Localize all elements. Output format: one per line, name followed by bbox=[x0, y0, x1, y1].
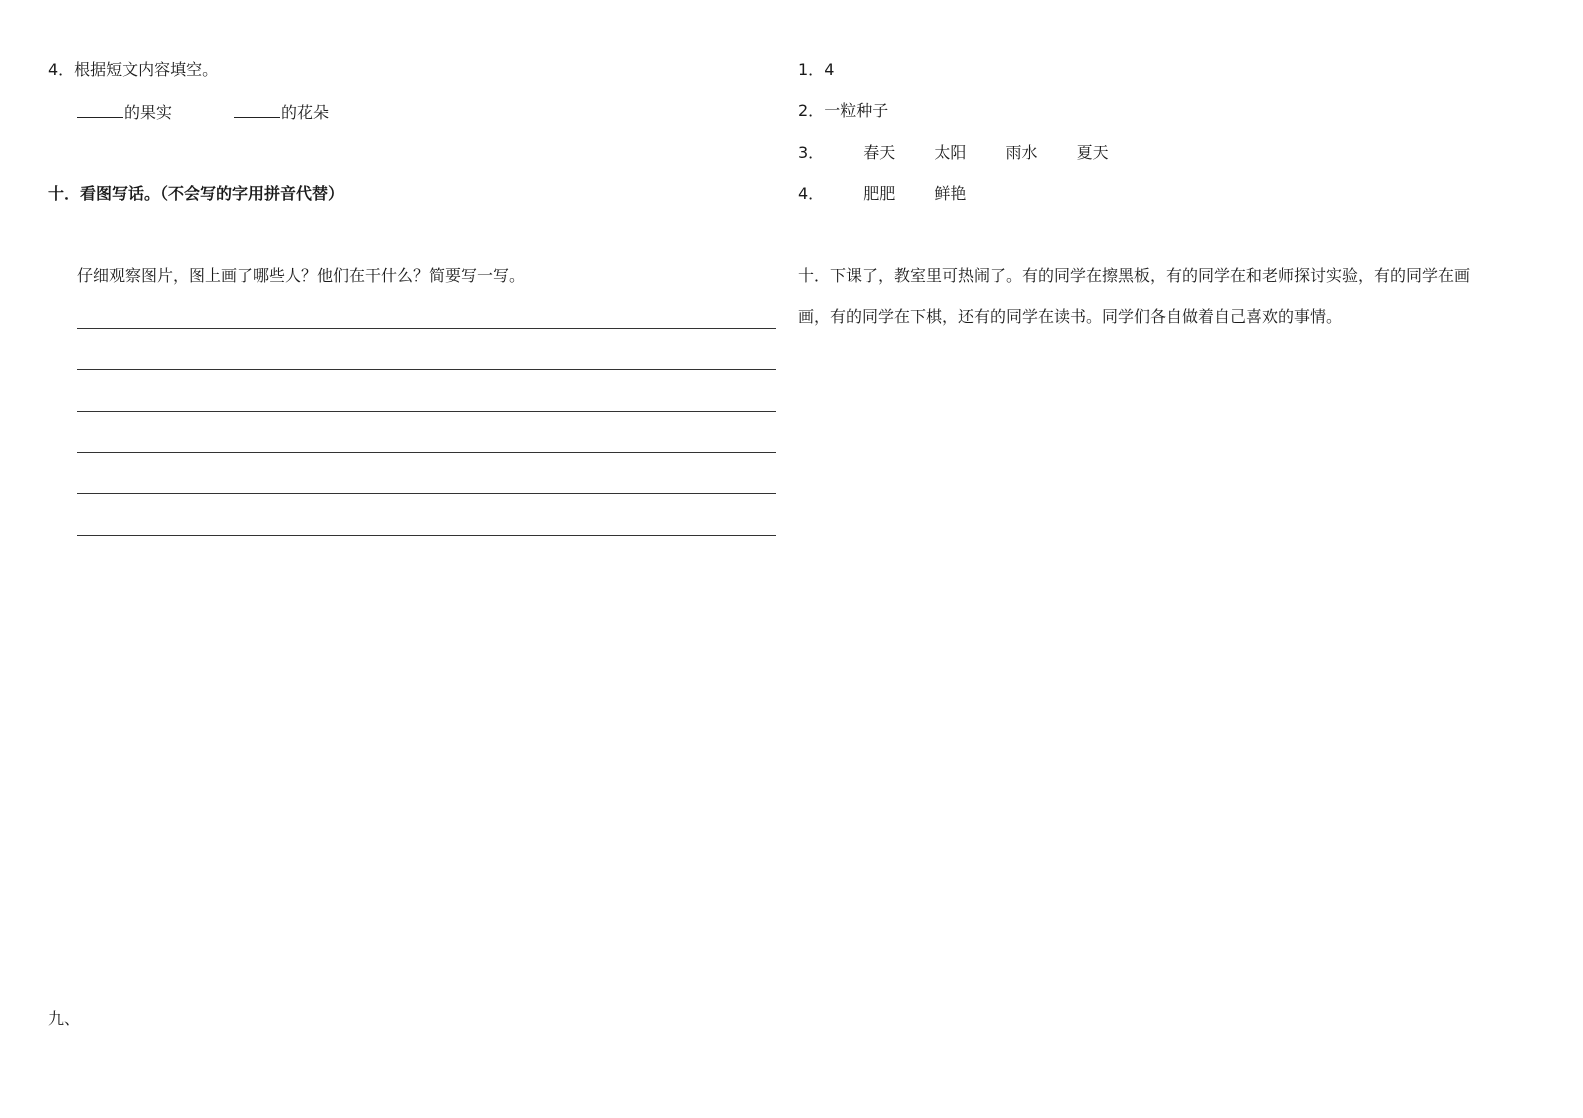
answer-2: 2．一粒种子 bbox=[798, 101, 888, 121]
section-10-prompt: 仔细观察图片，图上画了哪些人？他们在干什么？简要写一写。 bbox=[77, 266, 525, 286]
answer-1: 1．4 bbox=[798, 60, 834, 80]
answer-word: 太阳 bbox=[934, 143, 966, 163]
writing-line[interactable] bbox=[77, 535, 776, 536]
fill-blank-2: 的花朵 bbox=[234, 101, 329, 123]
section-9-label: 九、 bbox=[48, 1009, 80, 1029]
writing-line[interactable] bbox=[77, 493, 776, 494]
answer-3: 3． 春天 太阳 雨水 夏天 bbox=[798, 143, 1143, 163]
section-10-answer-line-1: 十．下课了，教室里可热闹了。有的同学在擦黑板，有的同学在和老师探讨实验，有的同学… bbox=[798, 266, 1470, 286]
answer-number: 4． bbox=[798, 184, 824, 203]
fill-blank-1: 的果实 bbox=[77, 101, 172, 123]
writing-line[interactable] bbox=[77, 452, 776, 453]
answer-text: 4 bbox=[824, 60, 834, 79]
blank-line[interactable] bbox=[234, 101, 280, 118]
writing-line[interactable] bbox=[77, 411, 776, 412]
blank-suffix: 的花朵 bbox=[281, 103, 329, 122]
question-4-title: 4．根据短文内容填空。 bbox=[48, 60, 218, 80]
answer-text: 一粒种子 bbox=[824, 101, 888, 120]
answer-number: 3． bbox=[798, 143, 824, 162]
answer-word: 春天 bbox=[863, 143, 895, 163]
answer-word: 雨水 bbox=[1006, 143, 1038, 163]
answer-number: 2． bbox=[798, 101, 824, 120]
blank-suffix: 的果实 bbox=[124, 103, 172, 122]
answer-4: 4． 肥肥 鲜艳 bbox=[798, 184, 1000, 204]
answer-number: 1． bbox=[798, 60, 824, 79]
answer-word: 鲜艳 bbox=[934, 184, 966, 204]
writing-line[interactable] bbox=[77, 369, 776, 370]
writing-line[interactable] bbox=[77, 328, 776, 329]
section-10-title: 十．看图写话。（不会写的字用拼音代替） bbox=[48, 184, 344, 204]
section-10-answer-line-2: 画，有的同学在下棋，还有的同学在读书。同学们各自做着自己喜欢的事情。 bbox=[798, 307, 1342, 327]
blank-line[interactable] bbox=[77, 101, 123, 118]
answer-word: 肥肥 bbox=[863, 184, 895, 204]
answer-word: 夏天 bbox=[1077, 143, 1109, 163]
